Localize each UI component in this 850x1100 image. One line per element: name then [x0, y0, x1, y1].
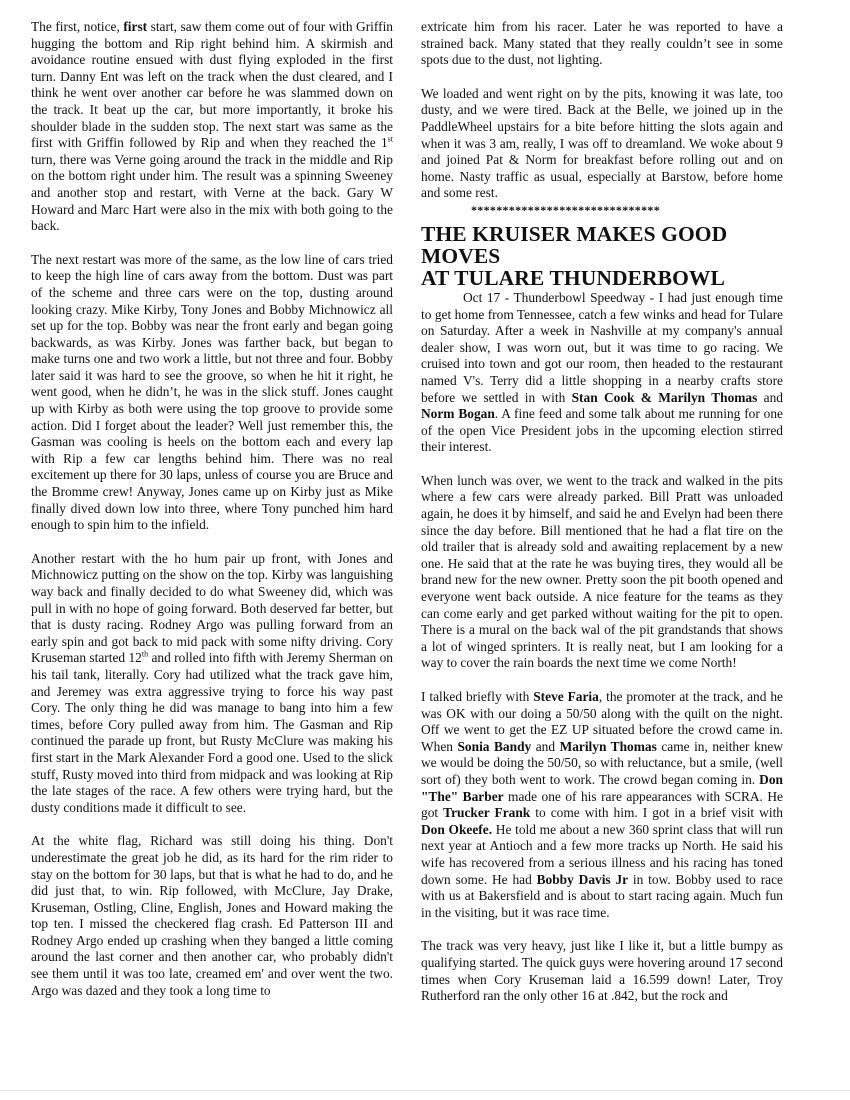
left-column: The first, notice, first start, saw them… [31, 19, 393, 1016]
paragraph: The first, notice, first start, saw them… [31, 19, 393, 235]
paragraph: extricate him from his racer. Later he w… [421, 19, 783, 69]
article-title: THE KRUISER MAKES GOOD MOVES AT TULARE T… [421, 223, 783, 289]
text-run: I talked briefly with [421, 689, 533, 704]
text-run: start, saw them come out of four with Gr… [31, 19, 393, 150]
page-bottom-edge [0, 1090, 850, 1091]
text-run: Another restart with the ho hum pair up … [31, 551, 393, 666]
paragraph: I talked briefly with Steve Faria, the p… [421, 689, 783, 921]
bold-name: Sonia Bandy [457, 739, 531, 754]
paragraph: We loaded and went right on by the pits,… [421, 86, 783, 202]
text-run: The first, notice, [31, 19, 123, 34]
text-run: to come with him. I got in a brief visit… [530, 805, 783, 820]
paragraph: At the white flag, Richard was still doi… [31, 833, 393, 999]
ordinal-suffix: st [388, 135, 393, 144]
bold-name: first [123, 19, 147, 34]
bold-name: Don Okeefe. [421, 822, 492, 837]
bold-name: Marilyn Thomas [560, 739, 657, 754]
section-separator: ****************************** [471, 204, 783, 217]
bold-name: Trucker Frank [443, 805, 530, 820]
paragraph: Another restart with the ho hum pair up … [31, 551, 393, 817]
paragraph: When lunch was over, we went to the trac… [421, 473, 783, 672]
text-run: When lunch was over, we went to the trac… [421, 473, 783, 671]
paragraph: The next restart was more of the same, a… [31, 252, 393, 534]
text-run: and [757, 390, 783, 405]
text-run: The next restart was more of the same, a… [31, 252, 393, 533]
text-run: and [531, 739, 559, 754]
paragraph: The track was very heavy, just like I li… [421, 938, 783, 1004]
bold-name: Stan Cook & Marilyn Thomas [572, 390, 758, 405]
text-run: and rolled into fifth with Jeremy Sherma… [31, 650, 393, 814]
article-title-line-2: AT TULARE THUNDERBOWL [421, 266, 725, 290]
text-run: Oct 17 - Thunderbowl Speedway - I had ju… [421, 290, 783, 405]
article-body: Oct 17 - Thunderbowl Speedway - I had ju… [421, 290, 783, 1005]
right-column: extricate him from his racer. Later he w… [421, 19, 783, 1022]
text-run: The track was very heavy, just like I li… [421, 938, 783, 1003]
bold-name: Bobby Davis Jr [537, 872, 629, 887]
text-run: turn, there was Verne going around the t… [31, 152, 393, 233]
race-report-continuation: extricate him from his racer. Later he w… [421, 19, 783, 202]
article-title-line-1: THE KRUISER MAKES GOOD MOVES [421, 222, 727, 268]
newsletter-page: The first, notice, first start, saw them… [31, 19, 821, 1069]
text-run: At the white flag, Richard was still doi… [31, 833, 393, 997]
bold-name: Norm Bogan [421, 406, 495, 421]
bold-name: Steve Faria [533, 689, 599, 704]
text-run: extricate him from his racer. Later he w… [421, 19, 783, 67]
text-run: We loaded and went right on by the pits,… [421, 86, 783, 201]
paragraph: Oct 17 - Thunderbowl Speedway - I had ju… [421, 290, 783, 456]
